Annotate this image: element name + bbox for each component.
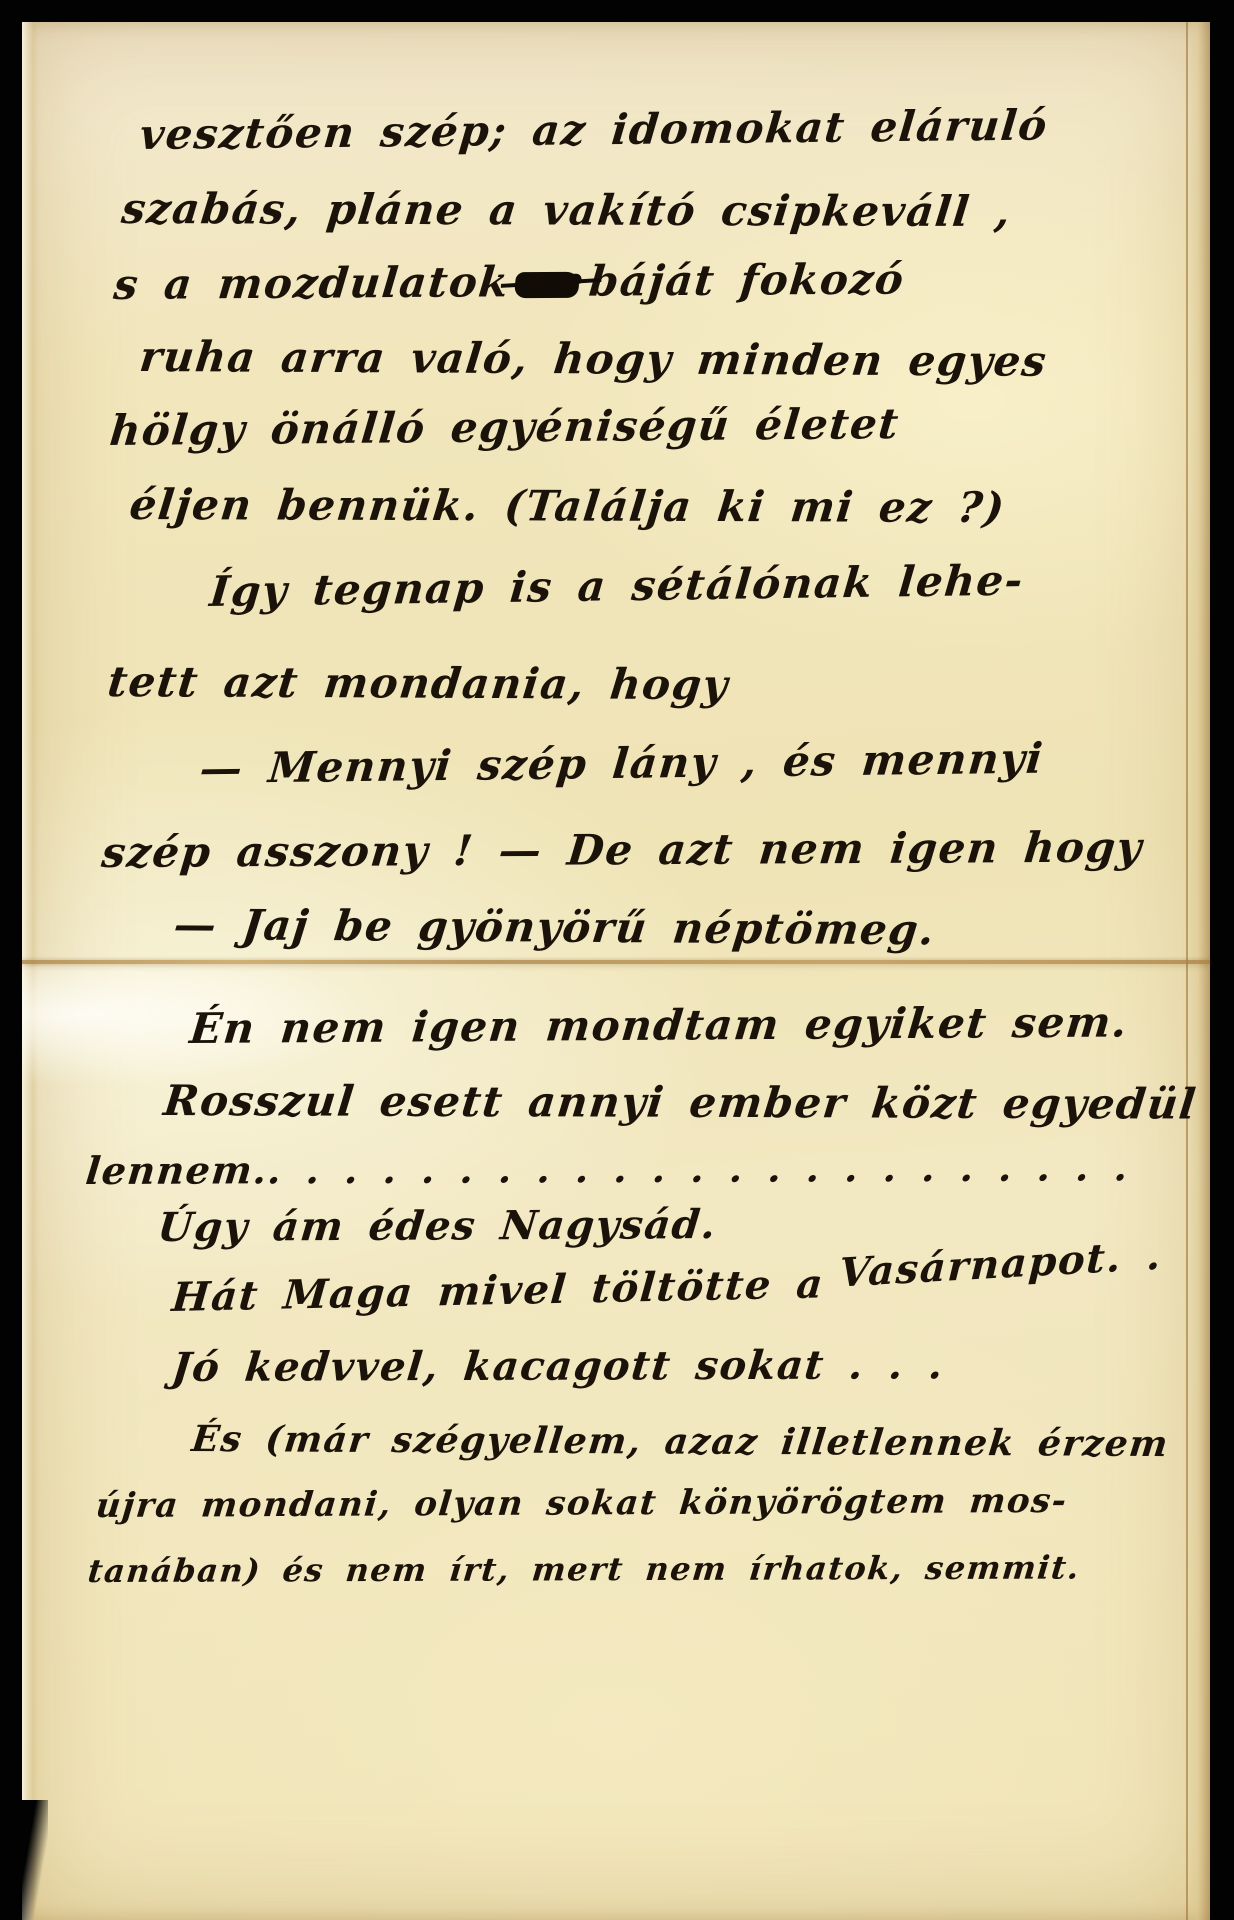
bottom-left-corner-shadow (22, 1800, 48, 1920)
handwritten-line: ruha arra való, hogy minden egyes (137, 332, 1050, 386)
handwritten-line: szabás, pláne a vakító csipkeváll , (119, 184, 1014, 236)
handwritten-line: lennem.. . . . . . . . . . . . . . . . .… (84, 1144, 1132, 1193)
handwritten-line: vesztően szép; az idomokat eláruló (138, 101, 1051, 159)
letter-page: vesztően szép; az idomokat eláruló szabá… (22, 22, 1210, 1920)
page-edge-line (1186, 22, 1188, 1920)
handwritten-line: tanában) és nem írt, mert nem írhatok, s… (86, 1549, 1082, 1590)
handwritten-line: Így tegnap is a sétálónak lehe- (208, 556, 1026, 616)
line-text-after-blot: báját fokozó (587, 254, 907, 305)
handwritten-line: Jó kedvvel, kacagott sokat . . . (170, 1341, 947, 1391)
handwritten-line: éljen bennük. (Találja ki mi ez ?) (127, 480, 1008, 532)
handwritten-line: Én nem igen mondtam egyiket sem. (188, 997, 1131, 1053)
line-text: Hát Maga mivel töltötte a (170, 1260, 826, 1321)
handwritten-line: Úgy ám édes Nagysád. (156, 1201, 720, 1251)
fold-crease (22, 960, 1210, 964)
handwritten-line: újra mondani, olyan sokat könyörögtem mo… (94, 1481, 1070, 1526)
raised-word: Vasárnapot. . (838, 1232, 1163, 1297)
paper-right-edge-strip (1188, 22, 1210, 1920)
handwritten-line: Hát Maga mivel töltötte aVasárnapot. . (170, 1253, 1162, 1321)
handwritten-line: tett azt mondania, hogy (105, 657, 731, 709)
line-text-before-blot: s a mozdulatok (112, 257, 512, 309)
handwritten-line: — Mennyi szép lány , és mennyi (198, 734, 1046, 793)
handwritten-line: s a mozdulatokbáját fokozó (112, 254, 907, 309)
ink-blot-strikethrough (514, 272, 581, 298)
handwritten-line: Rosszul esett annyi ember közt egyedül (161, 1076, 1199, 1129)
handwritten-line: szép asszony ! — De azt nem igen hogy (100, 823, 1145, 877)
handwritten-line: — Jaj be gyönyörű néptömeg. (171, 900, 938, 954)
handwritten-line: hölgy önálló egyéniségű életet (108, 399, 902, 455)
handwritten-line: És (már szégyellem, azaz illetlennek érz… (190, 1418, 1172, 1465)
